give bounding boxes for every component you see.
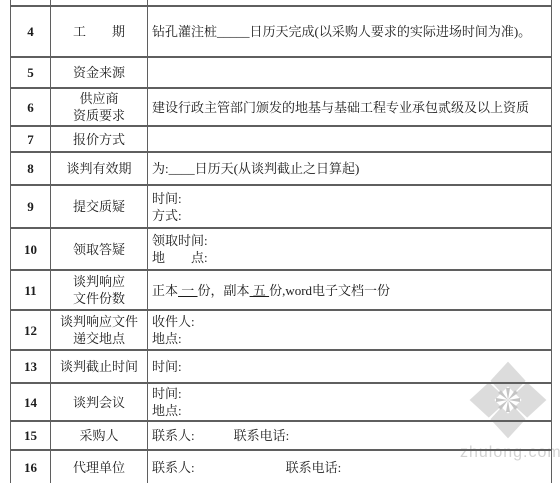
row-content: 建设行政主管部门颁发的地基与基础工程专业承包贰级及以上资质 <box>148 88 552 126</box>
table-row-12: 12 谈判响应文件 递交地点 收件人: 地点: <box>11 310 552 350</box>
table-row-14: 14 谈判会议 时间: 地点: <box>11 383 552 421</box>
row-number: 11 <box>11 270 51 310</box>
row-label: 报价方式 <box>51 126 148 152</box>
row-label: 谈判有效期 <box>51 152 148 185</box>
row-number: 14 <box>11 383 51 421</box>
content-line2: 地点: <box>152 402 547 419</box>
content-line1: 时间: <box>152 385 547 402</box>
row-label: 提交质疑 <box>51 185 148 228</box>
row-content: 时间: 方式: <box>148 185 552 228</box>
content-line2: 方式: <box>152 207 547 224</box>
table-row-5: 5 资金来源 <box>11 57 552 88</box>
row-label: 采购人 <box>51 421 148 450</box>
row-label: 谈判响应文件 递交地点 <box>51 310 148 350</box>
row-label: 资金来源 <box>51 57 148 88</box>
filled-blank-copy-count: 五 <box>250 283 270 298</box>
row-content: 正本 一 份，副本 五 份,word电子文档一份 <box>148 270 552 310</box>
row-label: 领取答疑 <box>51 228 148 270</box>
row-content: 时间: <box>148 350 552 383</box>
table-row-4: 4 工 期 钻孔灌注桩_____日历天完成(以采购人要求的实际进场时间为准)。 <box>11 6 552 57</box>
table-row-9: 9 提交质疑 时间: 方式: <box>11 185 552 228</box>
filled-blank-original-count: 一 <box>178 283 198 298</box>
row-content: 联系人: 联系电话: <box>148 421 552 450</box>
row-label-line2: 文件份数 <box>55 290 143 307</box>
row-label-line1: 供应商 <box>55 90 143 107</box>
content-line1: 收件人: <box>152 313 547 330</box>
row-label: 工 期 <box>51 6 148 57</box>
content-line1: 时间: <box>152 190 547 207</box>
row-label: 谈判会议 <box>51 383 148 421</box>
row-number: 16 <box>11 450 51 483</box>
row-label-line2: 递交地点 <box>55 330 143 347</box>
content-line2: 地点: <box>152 330 547 347</box>
content-part: 正本 <box>152 283 178 298</box>
row-number: 8 <box>11 152 51 185</box>
row-number: 15 <box>11 421 51 450</box>
content-part: 份，副本 <box>198 283 250 298</box>
row-content: 钻孔灌注桩_____日历天完成(以采购人要求的实际进场时间为准)。 <box>148 6 552 57</box>
table-row-15: 15 采购人 联系人: 联系电话: <box>11 421 552 450</box>
procurement-info-table: 4 工 期 钻孔灌注桩_____日历天完成(以采购人要求的实际进场时间为准)。 … <box>10 0 552 483</box>
row-number: 7 <box>11 126 51 152</box>
content-line1: 领取时间: <box>152 232 547 249</box>
row-number: 10 <box>11 228 51 270</box>
row-label: 代理单位 <box>51 450 148 483</box>
row-label: 谈判响应 文件份数 <box>51 270 148 310</box>
row-number: 13 <box>11 350 51 383</box>
table-row-6: 6 供应商 资质要求 建设行政主管部门颁发的地基与基础工程专业承包贰级及以上资质 <box>11 88 552 126</box>
table-row-11: 11 谈判响应 文件份数 正本 一 份，副本 五 份,word电子文档一份 <box>11 270 552 310</box>
table-row-7: 7 报价方式 <box>11 126 552 152</box>
row-number: 6 <box>11 88 51 126</box>
row-number: 12 <box>11 310 51 350</box>
row-label-line1: 谈判响应文件 <box>55 313 143 330</box>
row-label: 谈判截止时间 <box>51 350 148 383</box>
table-row-16: 16 代理单位 联系人: 联系电话: <box>11 450 552 483</box>
row-label-line1: 谈判响应 <box>55 273 143 290</box>
row-number: 9 <box>11 185 51 228</box>
content-line2: 地 点: <box>152 249 547 266</box>
content-part: 份,word电子文档一份 <box>269 283 390 298</box>
table-row-13: 13 谈判截止时间 时间: <box>11 350 552 383</box>
table-row-8: 8 谈判有效期 为:____日历天(从谈判截止之日算起) <box>11 152 552 185</box>
row-content: 联系人: 联系电话: <box>148 450 552 483</box>
row-label-line2: 资质要求 <box>55 107 143 124</box>
row-content <box>148 126 552 152</box>
row-content: 收件人: 地点: <box>148 310 552 350</box>
row-content: 为:____日历天(从谈判截止之日算起) <box>148 152 552 185</box>
table-row-10: 10 领取答疑 领取时间: 地 点: <box>11 228 552 270</box>
document-page: zhulong.com 4 工 期 钻孔灌注桩_____日历天完成(以采购人要求… <box>0 0 560 483</box>
row-label: 供应商 资质要求 <box>51 88 148 126</box>
row-content: 领取时间: 地 点: <box>148 228 552 270</box>
row-number: 4 <box>11 6 51 57</box>
row-content: 时间: 地点: <box>148 383 552 421</box>
row-number: 5 <box>11 57 51 88</box>
row-content <box>148 57 552 88</box>
